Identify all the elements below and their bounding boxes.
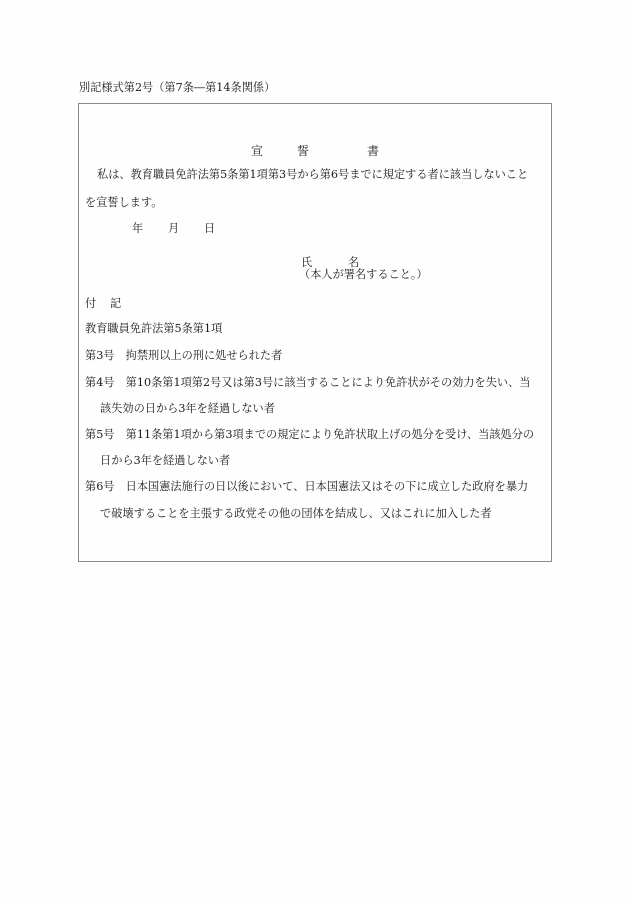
date-year-field[interactable]: 年 (132, 222, 143, 236)
date-month-field[interactable]: 月 (168, 222, 179, 236)
appendix-item-6-line-2: で破壊することを主張する政党その他の団体を結成し、又はこれに加入した者 (100, 507, 492, 521)
title-char-1: 宣 (251, 144, 263, 158)
appendix-item-5-line-1: 第5号 第11条第1項から第3項までの規定により免許状取上げの処分を受け、当該処… (85, 428, 534, 442)
appendix-item-4-line-1: 第4号 第10条第1項第2号又は第3号に該当することにより免許状がその効力を失い… (85, 376, 530, 390)
law-reference: 教育職員免許法第5条第1項 (85, 322, 222, 336)
oath-statement-line-1: 私は、教育職員免許法第5条第1項第3号から第6号までに規定する者に該当しないこと (97, 168, 528, 182)
date-day-field[interactable]: 日 (204, 222, 215, 236)
form-reference: 別記様式第2号（第7条―第14条関係） (79, 81, 275, 95)
appendix-item-5-line-2: 日から3年を経過しない者 (100, 454, 230, 468)
appendix-item-4-line-2: 該失効の日から3年を経過しない者 (100, 402, 275, 416)
appendix-label-2: 記 (110, 297, 121, 311)
title-char-2: 誓 (297, 144, 309, 158)
oath-statement-line-2: を宣誓します。 (85, 196, 162, 210)
signature-note: （本人が署名すること。） (299, 268, 428, 282)
appendix-label-1: 付 (85, 297, 96, 311)
appendix-item-6-line-1: 第6号 日本国憲法施行の日以後において、日本国憲法又はその下に成立した政府を暴力 (85, 480, 528, 494)
appendix-item-3: 第3号 拘禁刑以上の刑に処せられた者 (85, 349, 282, 363)
title-char-3: 書 (367, 144, 379, 158)
